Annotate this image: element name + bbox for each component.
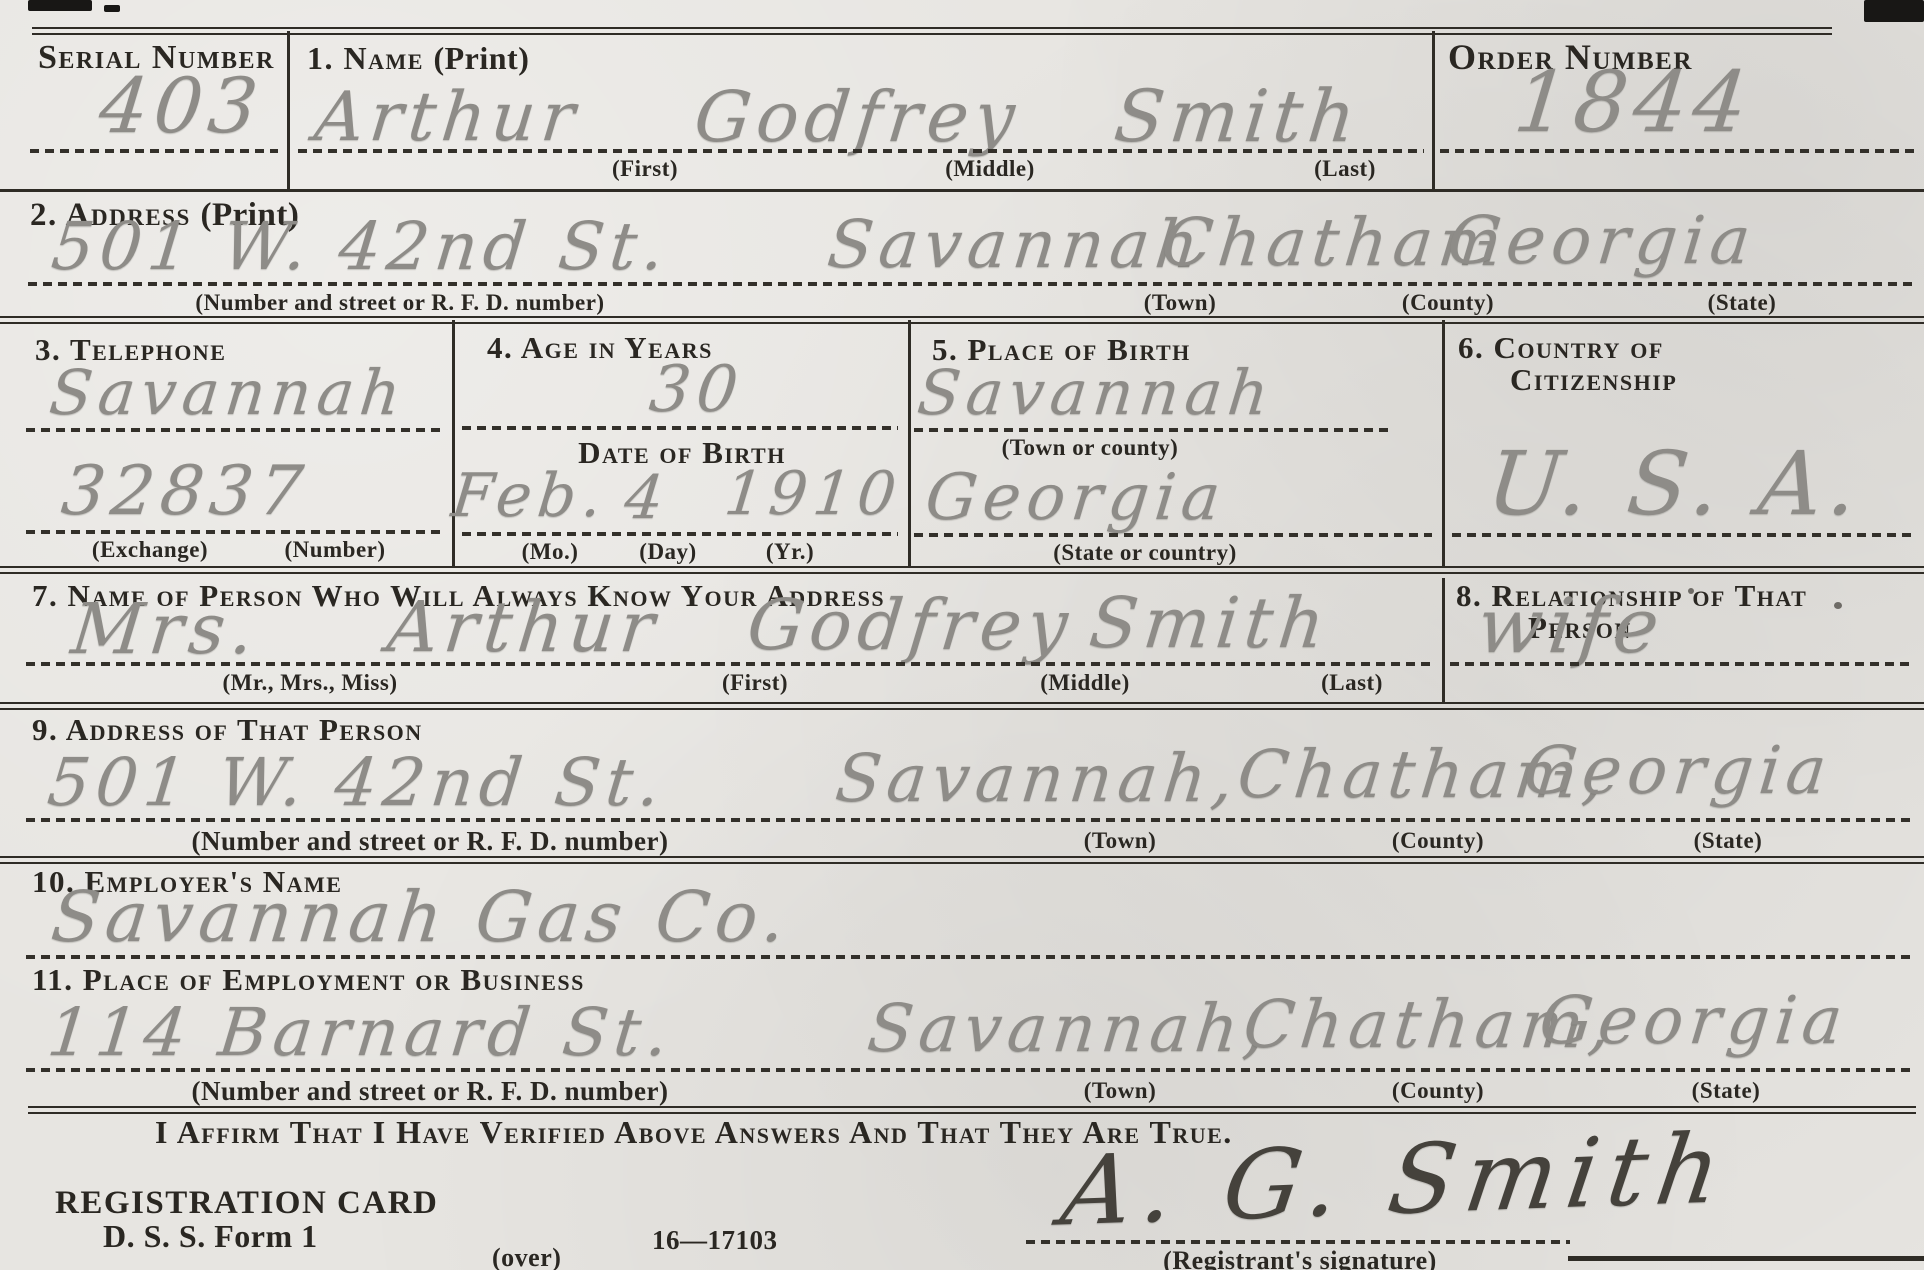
card-title: REGISTRATION CARD [55,1186,438,1221]
fill-line [462,426,898,430]
name-sub-middle: (Middle) [945,156,1035,182]
address-sub-state: (State) [1708,290,1777,316]
section-divider [28,1106,1916,1114]
column-divider [287,31,290,189]
contact-address-sub-street: (Number and street or R. F. D. number) [192,826,669,857]
scan-artifact [1864,0,1924,22]
age-value: 30 [647,358,747,422]
name-last-value: Smith [1111,80,1365,152]
contact-sub-middle: (Middle) [1040,670,1130,696]
dob-sub-month: (Mo.) [522,539,579,565]
fill-line [26,1068,1916,1072]
fill-line [462,532,898,536]
contact-last-value: Smith [1086,588,1333,658]
address-sub-town: (Town) [1144,290,1216,316]
workplace-town-value: Savannah, [865,996,1275,1062]
dob-year-value: 1910 [722,464,905,524]
contact-first-value: Arthur [384,592,663,662]
birthplace-sub-state: (State or country) [1053,540,1237,566]
print-code: 16—17103 [652,1226,778,1255]
column-divider [1432,31,1435,189]
section-divider [0,566,1924,574]
form-number: D. S. S. Form 1 [103,1220,318,1254]
signature-sublabel: (Registrant's signature) [1163,1246,1437,1270]
dob-sub-day: (Day) [639,539,696,565]
address-sub-street: (Number and street or R. F. D. number) [195,290,604,316]
contact-address-state-value: Georgia [1521,738,1836,804]
telephone-number-value: 32837 [58,458,311,526]
fill-line [1450,662,1912,666]
fill-line [1440,149,1914,153]
contact-title-value: Mrs. [68,594,263,664]
registrant-signature: A. G. Smith [1056,1120,1736,1239]
contact-sub-title: (Mr., Mrs., Miss) [223,670,398,696]
workplace-sub-town: (Town) [1084,1078,1156,1104]
workplace-sub-street: (Number and street or R. F. D. number) [192,1076,669,1107]
fill-line [26,530,442,534]
fill-line [26,428,442,432]
column-divider [1442,320,1445,566]
workplace-street-value: 114 Barnard St. [45,1000,678,1066]
section-divider [0,316,1924,324]
contact-middle-value: Godfrey [744,590,1077,660]
column-divider [908,320,911,566]
section-divider [0,702,1924,710]
scan-artifact [28,0,92,11]
workplace-label: 11. Place of Employment or Business [32,964,585,997]
name-middle-value: Godfrey [691,82,1024,152]
workplace-sub-county: (County) [1392,1078,1484,1104]
fill-line [914,428,1392,432]
serial-number-value: 403 [96,68,267,144]
fill-line [914,533,1432,537]
employer-value: Savannah Gas Co. [48,882,794,952]
pencil-dot [1688,588,1694,594]
telephone-sub-number: (Number) [284,537,385,563]
signature-line [1026,1240,1570,1244]
telephone-sub-exchange: (Exchange) [92,537,208,563]
contact-address-sub-town: (Town) [1084,828,1156,854]
birthplace-state-value: Georgia [923,466,1229,530]
contact-address-label: 9. Address of That Person [32,714,423,747]
workplace-sub-state: (State) [1692,1078,1761,1104]
name-sub-last: (Last) [1314,156,1376,182]
birthplace-sub-town: (Town or county) [1002,435,1179,461]
scan-artifact [104,5,120,12]
fill-line [298,149,1424,153]
bottom-border [1568,1256,1924,1261]
contact-address-sub-county: (County) [1392,828,1484,854]
contact-address-sub-state: (State) [1694,828,1763,854]
telephone-exchange-value: Savannah [47,362,410,424]
fill-line [28,282,1914,286]
over-note: (over) [492,1244,561,1270]
citizenship-label-line1: 6. Country of [1458,332,1664,365]
order-number-value: 1844 [1511,60,1758,144]
fill-line [1452,533,1912,537]
column-divider [1442,578,1445,702]
birthplace-town-value: Savannah [915,362,1278,424]
contact-sub-first: (First) [722,670,788,696]
dob-day-value: 4 [622,468,672,528]
contact-address-street-value: 501 W. 42nd St. [45,750,670,816]
contact-sub-last: (Last) [1321,670,1383,696]
fill-line [26,818,1916,822]
relationship-value: wife [1474,588,1668,664]
fill-line [26,955,1916,959]
name-sub-first: (First) [612,156,678,182]
dob-sub-year: (Yr.) [766,539,814,565]
top-border [32,27,1832,35]
name-first-value: Arthur [311,84,583,152]
citizenship-value: U. S. A. [1483,440,1867,528]
citizenship-label-line2: Citizenship [1510,364,1677,397]
address-street-value: 501 W. 42nd St. [49,214,674,280]
dob-month-value: Feb. [449,466,611,526]
section-divider [0,189,1924,192]
section-divider [0,856,1924,864]
registration-card-scan: Serial Number 403 1. Name (Print) Arthur… [0,0,1924,1270]
fill-line [30,149,278,153]
fill-line [26,662,1430,666]
address-town-value: Savannah [825,212,1208,278]
pencil-dot [1834,602,1842,609]
workplace-state-value: Georgia [1537,988,1852,1054]
name-label: 1. Name (Print) [307,42,529,76]
address-state-value: Georgia [1445,208,1760,274]
address-sub-county: (County) [1402,290,1494,316]
contact-address-town-value: Savannah, [833,746,1243,812]
